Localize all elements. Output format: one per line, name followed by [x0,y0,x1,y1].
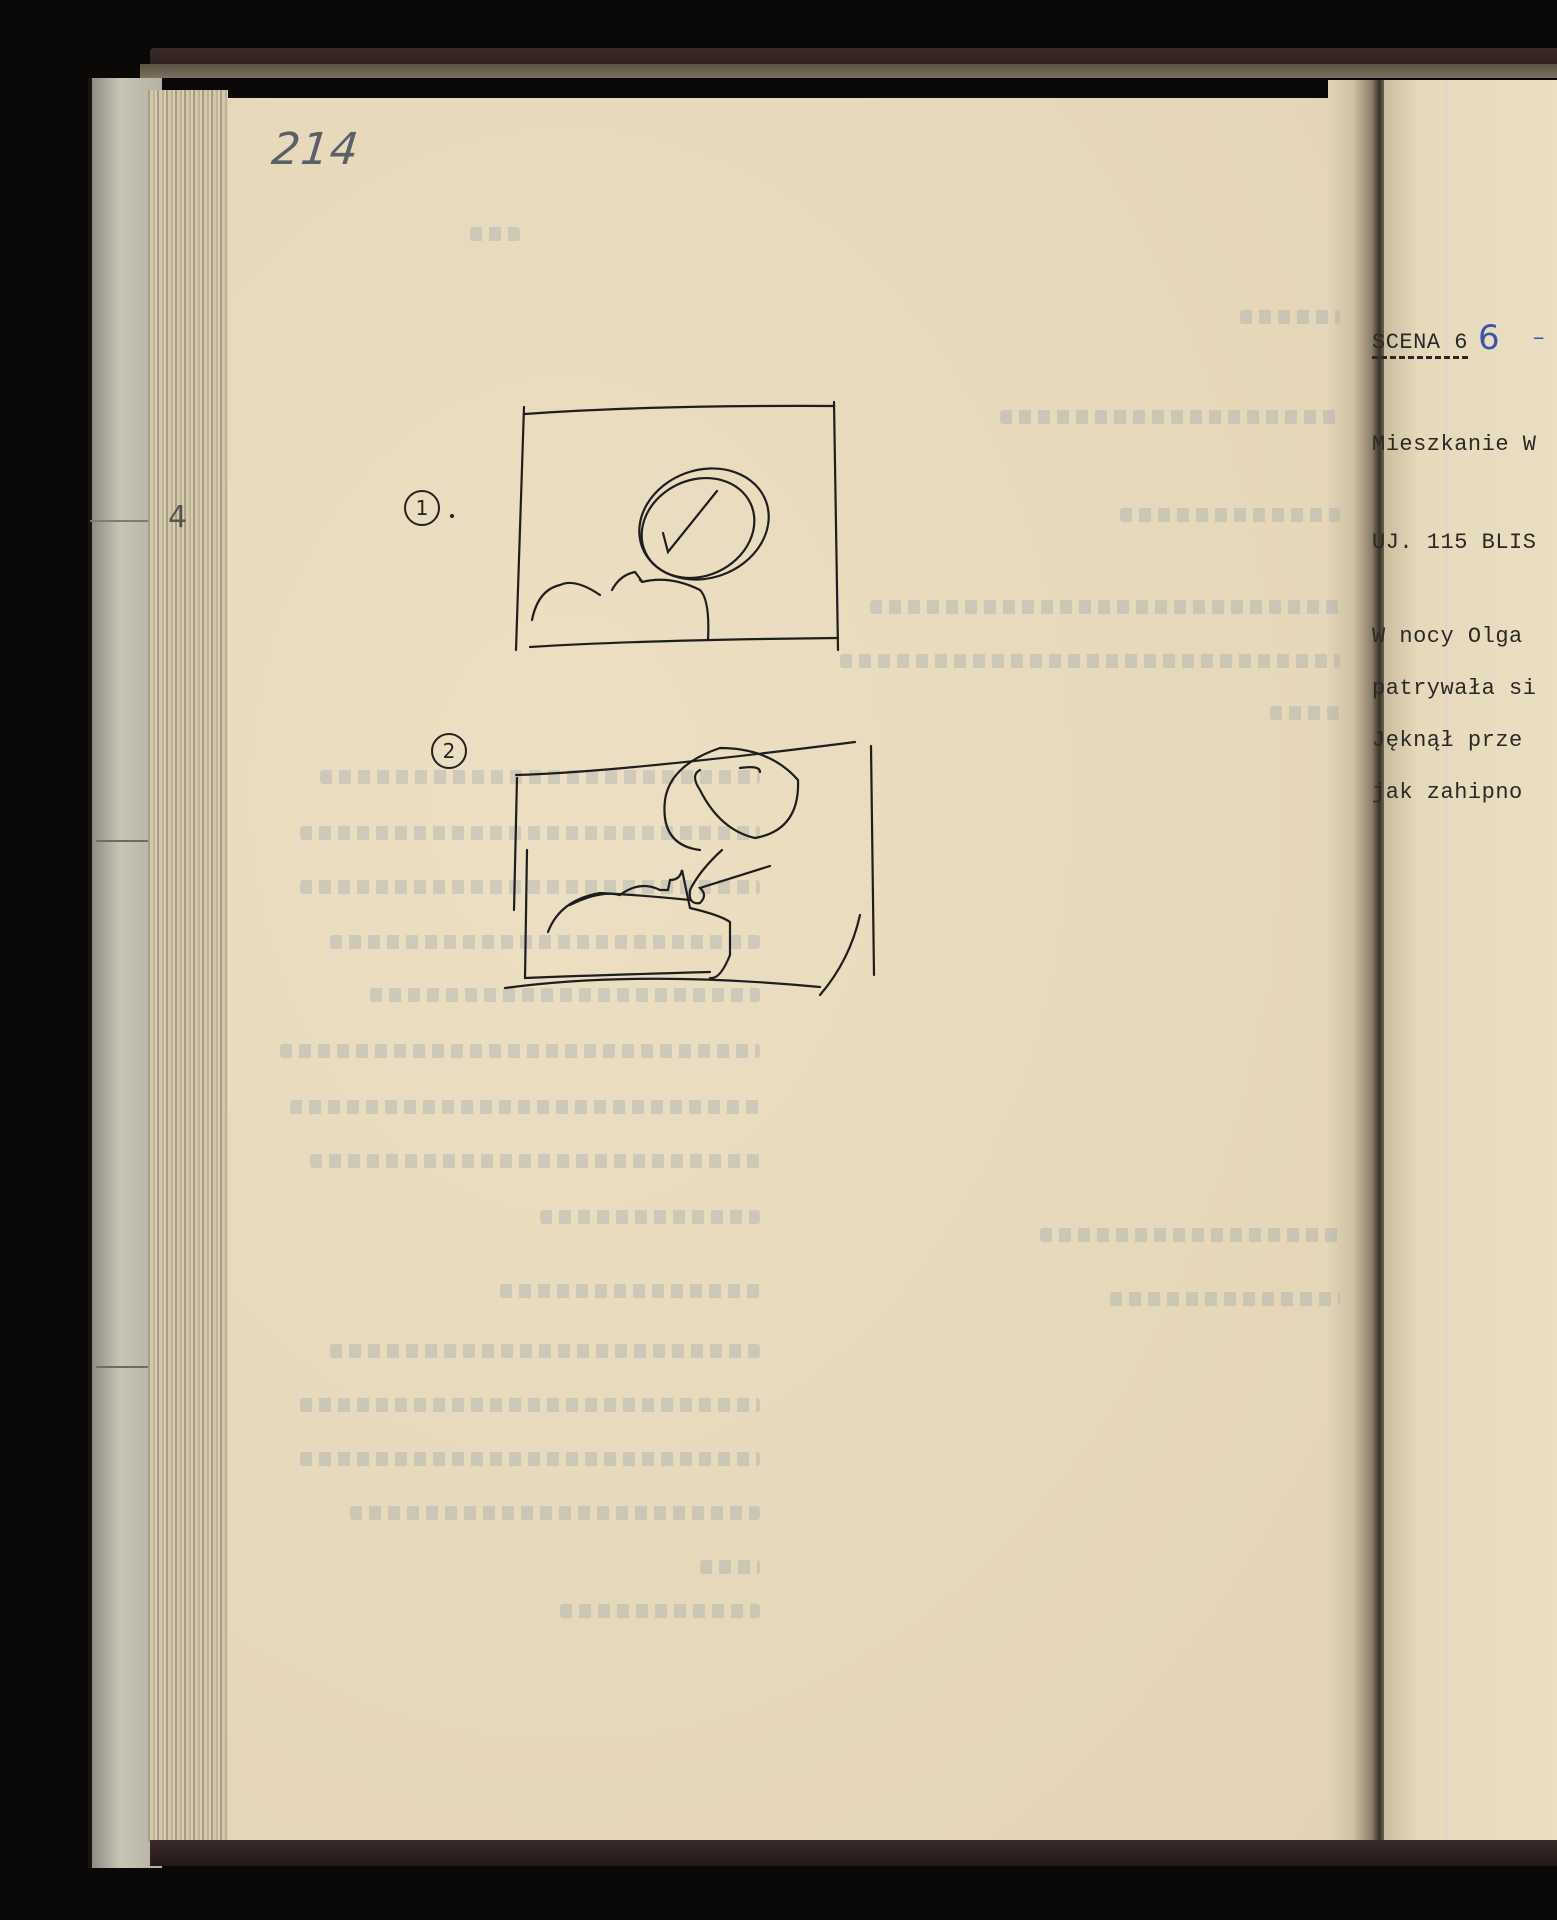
frame-2-left-inner [525,850,710,978]
frame-1-right [834,402,838,650]
dot-mark [450,514,454,518]
location-line: Mieszkanie W [1372,432,1536,457]
sketch-label-2: 2 [431,733,467,769]
storyboard-sketches [0,0,1557,1920]
frame-1-bottom [530,638,838,647]
body-line: W nocy Olga [1372,624,1523,649]
frame-2-left [514,778,517,910]
frame-1-left [516,407,524,650]
body-line: jak zahipno [1372,780,1523,805]
body-line: patrywała si [1372,676,1536,701]
frame-2-right [871,746,874,975]
scene-number-correction: 6 [1478,318,1500,358]
scene-heading-dash: – [1532,326,1545,351]
body-line: Jęknął prze [1372,728,1523,753]
frame-1-top [525,406,834,414]
sketch-label-1: 1 [404,490,440,526]
frame-2-top [516,742,855,775]
scene-heading: SCENA 6 [1372,330,1468,359]
shot-line: UJ. 115 BLIS [1372,530,1536,555]
